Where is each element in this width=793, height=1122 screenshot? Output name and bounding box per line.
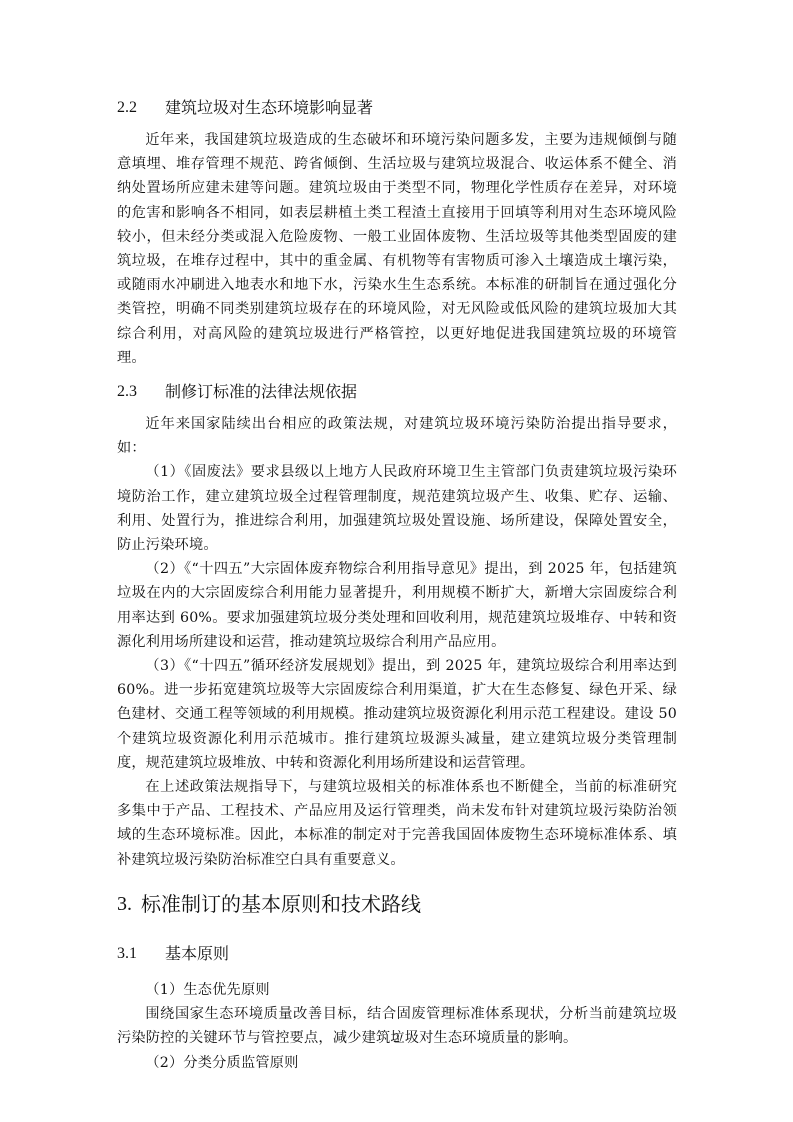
section-number: 2.2 [117,96,165,120]
paragraph: （2）《“十四五”大宗固体废弃物综合利用指导意见》提出，到 2025 年，包括建… [117,557,677,654]
chapter-number: 3. [117,890,141,918]
paragraph: 在上述政策法规指导下，与建筑垃圾相关的标准体系也不断健全，当前的标准研究多集中于… [117,775,677,872]
section-heading-2-3: 2.3 制修订标准的法律法规依据 [117,380,677,404]
chapter-title: 标准制订的基本原则和技术路线 [141,890,421,918]
section-title: 基本原则 [165,942,229,966]
section-heading-2-2: 2.2 建筑垃圾对生态环境影响显著 [117,96,677,120]
paragraph: （1）《固废法》要求县级以上地方人民政府环境卫生主管部门负责建筑垃圾污染环境防治… [117,460,677,557]
page-number: 2 [0,1030,793,1046]
paragraph: 近年来国家陆续出台相应的政策法规，对建筑垃圾环境污染防治提出指导要求，如： [117,412,677,460]
principle-label: （1）生态优先原则 [117,978,677,1002]
section-number: 2.3 [117,380,165,404]
paragraph: 近年来，我国建筑垃圾造成的生态破坏和环境污染问题多发，主要为违规倾倒与随意填埋、… [117,128,677,370]
principle-label: （2）分类分质监管原则 [117,1051,677,1075]
paragraph: （3）《“十四五”循环经济发展规划》提出，到 2025 年，建筑垃圾综合利用率达… [117,654,677,775]
chapter-heading-3: 3. 标准制订的基本原则和技术路线 [117,890,677,918]
section-title: 制修订标准的法律法规依据 [165,380,357,404]
section-title: 建筑垃圾对生态环境影响显著 [165,96,373,120]
section-heading-3-1: 3.1 基本原则 [117,942,677,966]
section-number: 3.1 [117,942,165,966]
document-page: 2.2 建筑垃圾对生态环境影响显著 近年来，我国建筑垃圾造成的生态破坏和环境污染… [117,96,677,1075]
